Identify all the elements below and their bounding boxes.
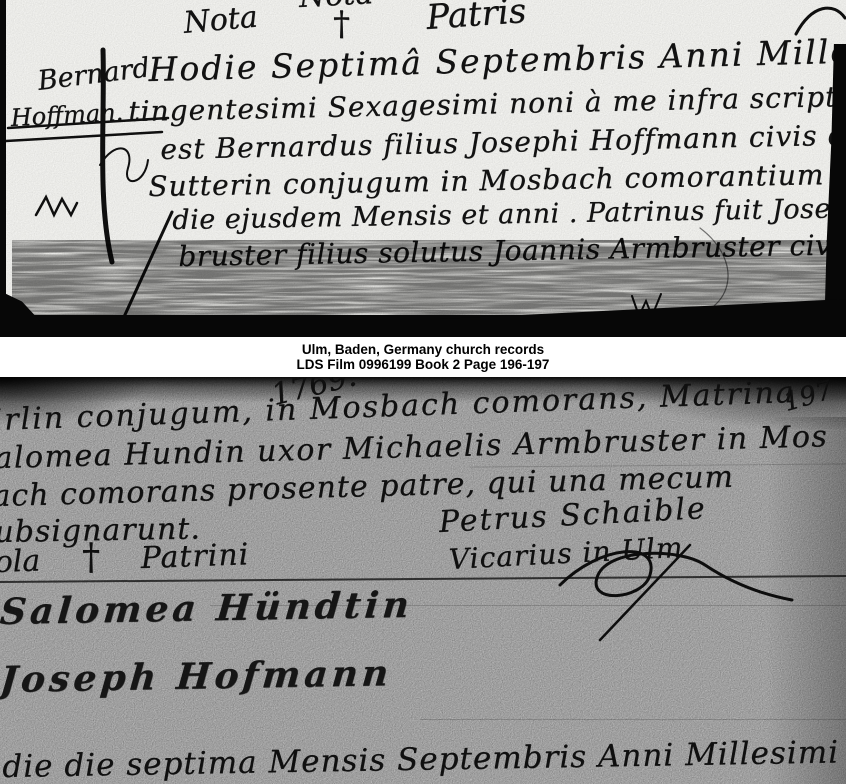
faint-ruled-line	[420, 719, 846, 720]
patris-label: Patris	[425, 0, 527, 38]
record-line: Hodie Septimâ Septembris Anni Millesimi	[148, 30, 846, 89]
top-record-scan: Nota Nota † Patris Bernard Hoffman. Hodi…	[0, 0, 846, 337]
bottom-record-scan: 1769. 197 irlin conjugum, in Mosbach com…	[0, 377, 846, 784]
scan-corner-shadow	[0, 291, 40, 321]
patrini-label: Patrini	[140, 537, 250, 576]
caption-line-source: Ulm, Baden, Germany church records	[0, 342, 846, 357]
next-record-line-cut: die die septima Mensis Septembris Anni M…	[2, 733, 846, 784]
caption: Ulm, Baden, Germany church records LDS F…	[0, 337, 846, 377]
baptism-cross-mark: †	[82, 537, 100, 578]
margin-note-surname: Hoffman.	[10, 98, 124, 132]
caption-line-film: LDS Film 0996199 Book 2 Page 196-197	[0, 357, 846, 372]
ruled-line	[0, 575, 846, 582]
nota-label: Nota	[182, 0, 259, 41]
scan-right-shadow	[766, 417, 846, 784]
church-record-scan-page: Nota Nota † Patris Bernard Hoffman. Hodi…	[0, 0, 846, 784]
father-signature: Joseph Hofmann	[0, 652, 394, 701]
godmother-signature: Salomea Hündtin	[0, 584, 415, 633]
scan-left-border	[0, 0, 6, 337]
margin-note-name: Bernard	[36, 52, 151, 96]
nota-label-cut: ola	[0, 543, 41, 580]
baptism-cross-mark: †	[333, 4, 350, 44]
